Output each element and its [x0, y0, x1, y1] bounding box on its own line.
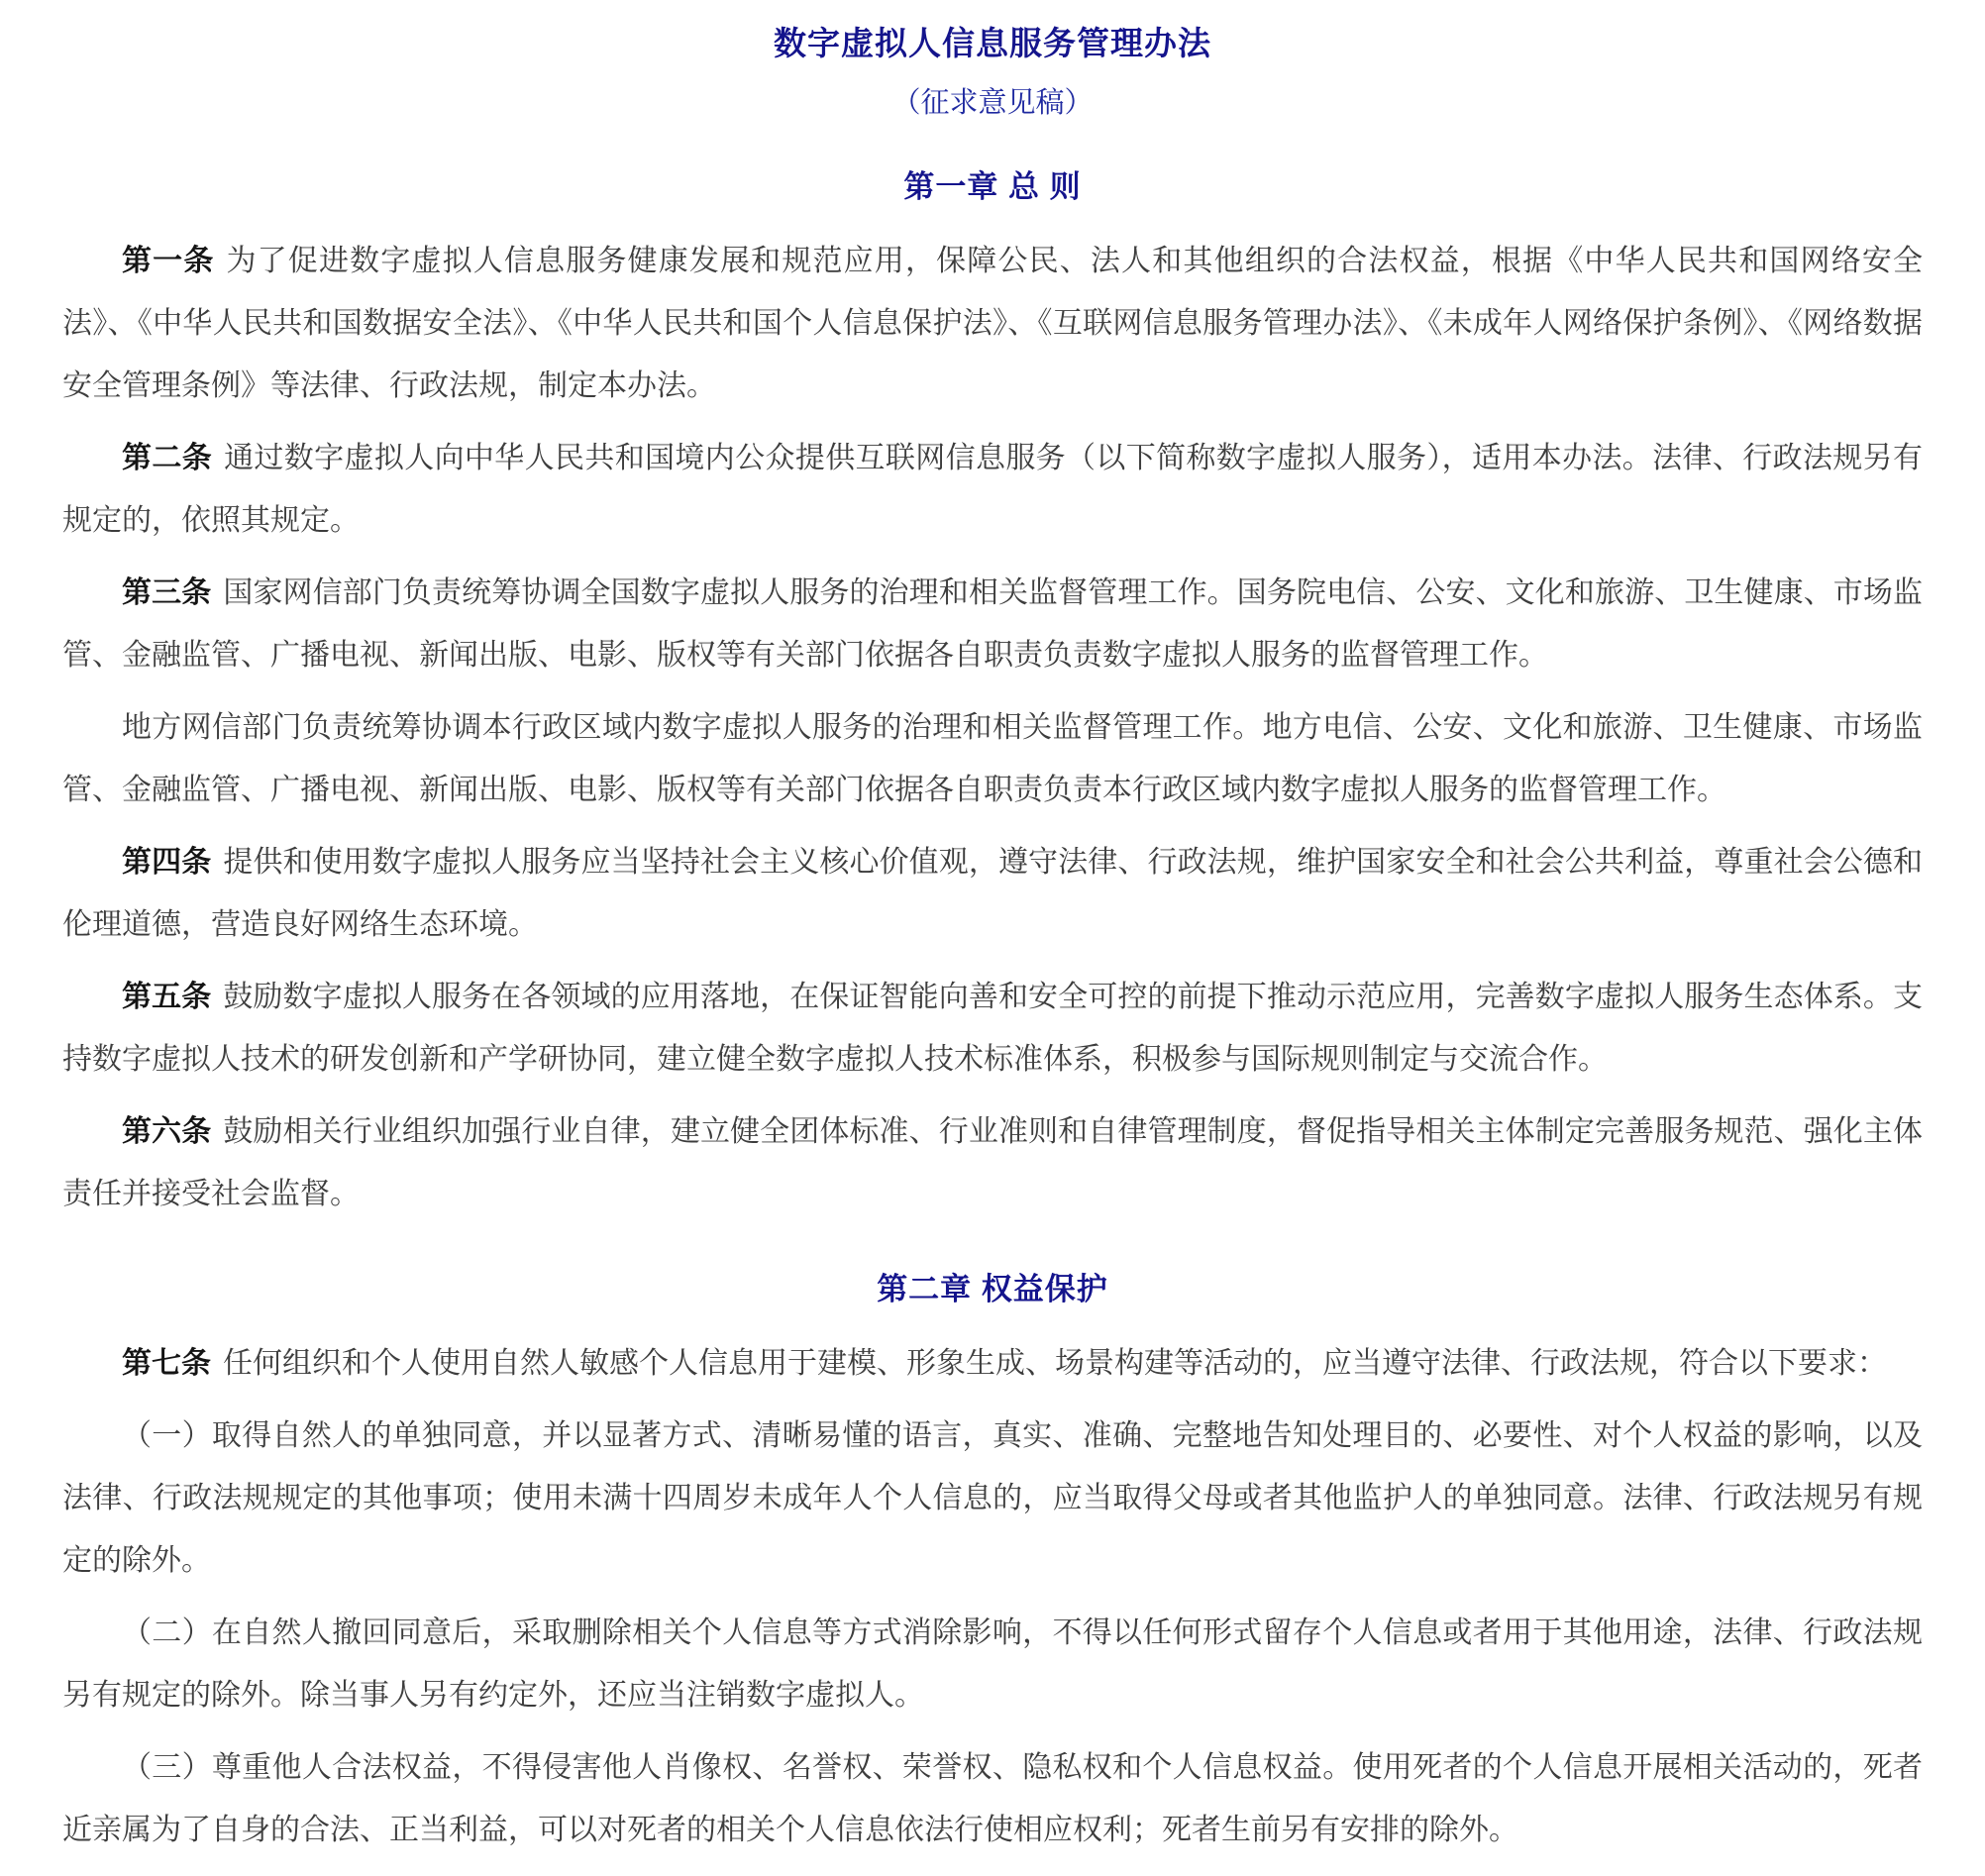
- article-2-number-label: 第二条: [122, 442, 212, 474]
- article-6-paragraph: 第六条鼓励相关行业组织加强行业自律，建立健全团体标准、行业准则和自律管理制度，督…: [62, 1100, 1923, 1225]
- article-6-number-label: 第六条: [122, 1115, 211, 1148]
- article-6-text: 鼓励相关行业组织加强行业自律，建立健全团体标准、行业准则和自律管理制度，督促指导…: [62, 1115, 1923, 1210]
- chapter-2-heading: 第二章 权益保护: [62, 1269, 1923, 1310]
- article-3-paragraph: 第三条国家网信部门负责统筹协调全国数字虚拟人服务的治理和相关监督管理工作。国务院…: [62, 562, 1923, 686]
- article-4-number-label: 第四条: [122, 846, 211, 879]
- article-7-text: 任何组织和个人使用自然人敏感个人信息用于建模、形象生成、场景构建等活动的，应当遵…: [223, 1347, 1887, 1380]
- document-page: 数字虚拟人信息服务管理办法 （征求意见稿） 第一章 总 则 第一条为了促进数字虚…: [62, 22, 1923, 1861]
- article-1-text: 为了促进数字虚拟人信息服务健康发展和规范应用，保障公民、法人和其他组织的合法权益…: [62, 245, 1923, 402]
- page-title: 数字虚拟人信息服务管理办法: [62, 22, 1923, 65]
- article-3-number-label: 第三条: [122, 576, 211, 609]
- article-5-number-label: 第五条: [122, 981, 211, 1013]
- article-2-text: 通过数字虚拟人向中华人民共和国境内公众提供互联网信息服务（以下简称数字虚拟人服务…: [62, 442, 1923, 537]
- item-1-text: （一）取得自然人的单独同意，并以显著方式、清晰易懂的语言，真实、准确、完整地告知…: [62, 1419, 1923, 1577]
- paragraph-text: 地方网信部门负责统筹协调本行政区域内数字虚拟人服务的治理和相关监督管理工作。地方…: [62, 711, 1923, 806]
- article-3-text: 国家网信部门负责统筹协调全国数字虚拟人服务的治理和相关监督管理工作。国务院电信、…: [62, 576, 1923, 672]
- article-7-paragraph: 第七条任何组织和个人使用自然人敏感个人信息用于建模、形象生成、场景构建等活动的，…: [62, 1332, 1923, 1395]
- article-7-item-3-paragraph: （三）尊重他人合法权益，不得侵害他人肖像权、名誉权、荣誉权、隐私权和个人信息权益…: [62, 1736, 1923, 1861]
- article-7-item-1-paragraph: （一）取得自然人的单独同意，并以显著方式、清晰易懂的语言，真实、准确、完整地告知…: [62, 1405, 1923, 1592]
- article-1-paragraph: 第一条为了促进数字虚拟人信息服务健康发展和规范应用，保障公民、法人和其他组织的合…: [62, 230, 1923, 417]
- article-7-number-label: 第七条: [122, 1347, 211, 1380]
- article-2-paragraph: 第二条通过数字虚拟人向中华人民共和国境内公众提供互联网信息服务（以下简称数字虚拟…: [62, 427, 1923, 552]
- chapter-1-heading: 第一章 总 则: [62, 166, 1923, 208]
- article-3-second-paragraph: 地方网信部门负责统筹协调本行政区域内数字虚拟人服务的治理和相关监督管理工作。地方…: [62, 696, 1923, 821]
- page-subtitle: （征求意见稿）: [62, 83, 1923, 123]
- item-3-text: （三）尊重他人合法权益，不得侵害他人肖像权、名誉权、荣誉权、隐私权和个人信息权益…: [62, 1751, 1923, 1846]
- article-5-paragraph: 第五条鼓励数字虚拟人服务在各领域的应用落地，在保证智能向善和安全可控的前提下推动…: [62, 966, 1923, 1091]
- article-1-number-label: 第一条: [122, 245, 214, 277]
- article-7-item-2-paragraph: （二）在自然人撤回同意后，采取删除相关个人信息等方式消除影响，不得以任何形式留存…: [62, 1602, 1923, 1726]
- article-4-paragraph: 第四条提供和使用数字虚拟人服务应当坚持社会主义核心价值观，遵守法律、行政法规，维…: [62, 831, 1923, 956]
- item-2-text: （二）在自然人撤回同意后，采取删除相关个人信息等方式消除影响，不得以任何形式留存…: [62, 1616, 1923, 1712]
- article-4-text: 提供和使用数字虚拟人服务应当坚持社会主义核心价值观，遵守法律、行政法规，维护国家…: [62, 846, 1923, 941]
- article-5-text: 鼓励数字虚拟人服务在各领域的应用落地，在保证智能向善和安全可控的前提下推动示范应…: [62, 981, 1923, 1076]
